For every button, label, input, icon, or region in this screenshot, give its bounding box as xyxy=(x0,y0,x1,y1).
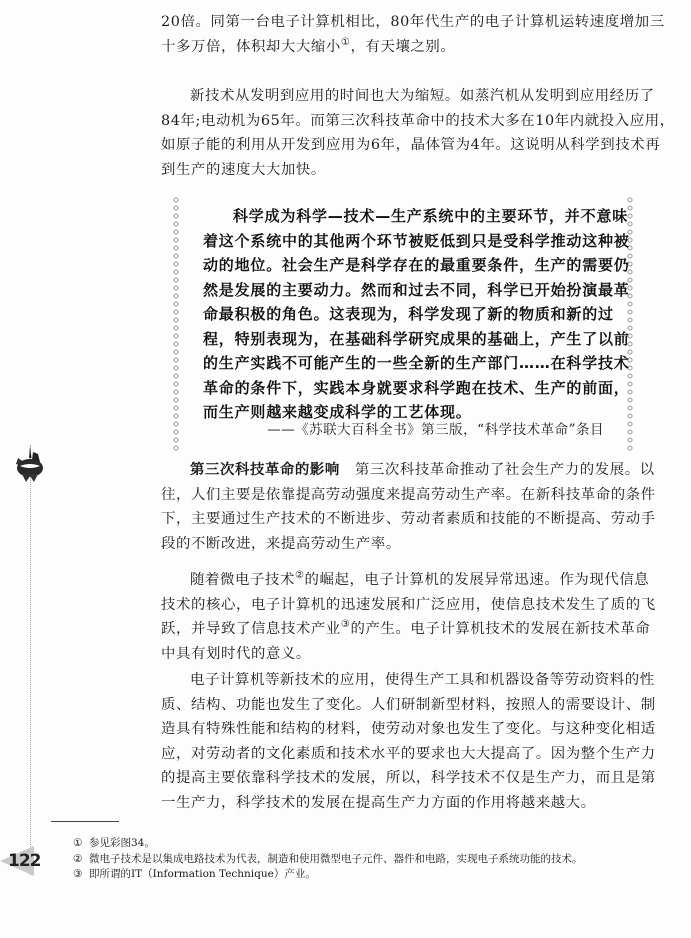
chapter-ornament-icon xyxy=(12,444,48,488)
text-line: 随着微电子技术②的崛起，电子计算机的发展异常迅速。作为现代信息 xyxy=(161,568,645,593)
text-line: 的提高主要依靠科学技术的发展，所以，科学技术不仅是生产力，而且是第 xyxy=(161,766,645,791)
quote-line: 然是发展的主要动力。然而和过去不同，科学已开始扮演最革 xyxy=(203,278,603,303)
text-line: 一生产力，科学技术的发展在提高生产力方面的作用将越来越大。 xyxy=(161,791,645,816)
text-line: 20倍。同第一台电子计算机相比，80年代生产的电子计算机运转速度增加三 xyxy=(161,10,645,35)
text-line: 如原子能的利用从开发到应用为6年，晶体管为4年。这说明从科学到技术再 xyxy=(161,133,645,158)
text-line: 下，主要通过生产技术的不断进步、劳动者素质和技能的不断提高、劳动手 xyxy=(161,507,645,532)
text-line: 应，对劳动者的文化素质和技术水平的要求也大大提高了。因为整个生产力 xyxy=(161,742,645,767)
footnote-ref-2[interactable]: ② xyxy=(295,570,305,581)
text-line: 电子计算机等新技术的应用，使得生产工具和机器设备等劳动资料的性 xyxy=(161,668,645,693)
text-line: 84年;电动机为65年。而第三次科技革命中的技术大多在10年内就投入应用， xyxy=(161,109,645,134)
section-impact: 第三次科技革命的影响 第三次科技革命推动了社会生产力的发展。以 往，人们主要是依… xyxy=(161,458,645,556)
page-number: 122 xyxy=(8,851,41,871)
footnote-2: ②微电子技术是以集成电路技术为代表，制造和使用微型电子元件、器件和电路，实现电子… xyxy=(73,852,583,868)
margin-dotted-line xyxy=(30,445,31,875)
paragraph-5: 电子计算机等新技术的应用，使得生产工具和机器设备等劳动资料的性 质、结构、功能也… xyxy=(161,668,645,815)
footnotes: ①参见彩图34。 ②微电子技术是以集成电路技术为代表，制造和使用微型电子元件、器… xyxy=(73,836,583,883)
quote-source: ——《苏联大百科全书》第三版，“科学技术革命”条目 xyxy=(267,418,604,438)
paragraph-2: 新技术从发明到应用的时间也大为缩短。如蒸汽机从发明到应用经历了 84年;电动机为… xyxy=(161,84,645,182)
quote-line: 科学成为科学—技术—生产系统中的主要环节，并不意味 xyxy=(203,204,603,229)
text-line: 技术的核心，电子计算机的迅速发展和广泛应用，使信息技术发生了质的飞 xyxy=(161,593,645,618)
quote-line: 命最积极的角色。这表现为，科学发现了新的物质和新的过 xyxy=(203,302,603,327)
section-heading: 第三次科技革命的影响 xyxy=(190,462,340,478)
text-line: 第三次科技革命的影响 第三次科技革命推动了社会生产力的发展。以 xyxy=(161,458,645,483)
text-line: 造具有特殊性能和结构的材料，使劳动对象也发生了变化。与这种变化相适 xyxy=(161,717,645,742)
text-line: 段的不断改进，来提高劳动生产率。 xyxy=(161,532,645,557)
quote-line: 着这个系统中的其他两个环节被贬低到只是受科学推动这种被 xyxy=(203,229,603,254)
text-line: 到生产的速度大大加快。 xyxy=(161,158,645,183)
footnote-1: ①参见彩图34。 xyxy=(73,836,583,852)
footnote-divider xyxy=(51,821,119,822)
textbook-page: 20倍。同第一台电子计算机相比，80年代生产的电子计算机运转速度增加三 十多万倍… xyxy=(0,0,691,938)
text-line: 新技术从发明到应用的时间也大为缩短。如蒸汽机从发明到应用经历了 xyxy=(161,84,645,109)
paragraph-1: 20倍。同第一台电子计算机相比，80年代生产的电子计算机运转速度增加三 十多万倍… xyxy=(161,10,645,59)
text-line: 十多万倍，体积却大大缩小①，有天壤之别。 xyxy=(161,35,645,60)
quote-text: 科学成为科学—技术—生产系统中的主要环节，并不意味 着这个系统中的其他两个环节被… xyxy=(203,204,603,425)
quote-line: 动的地位。社会生产是科学存在的最重要条件，生产的需要仍 xyxy=(203,253,603,278)
quote-line: 的生产实践不可能产生的一些全新的生产部门……在科学技术 xyxy=(203,351,603,376)
text-line: 往，人们主要是依靠提高劳动强度来提高劳动生产率。在新科技革命的条件 xyxy=(161,483,645,508)
text-line: 质、结构、功能也发生了变化。人们研制新型材料，按照人的需要设计、制 xyxy=(161,693,645,718)
text-line: 跃，并导致了信息技术产业③的产生。电子计算机技术的发展在新技术革命 xyxy=(161,617,645,642)
footnote-3: ③即所谓的IT（Information Technique）产业。 xyxy=(73,867,583,883)
text-line: 中具有划时代的意义。 xyxy=(161,642,645,667)
quote-line: 程，特别表现为，在基础科学研究成果的基础上，产生了以前 xyxy=(203,327,603,352)
quote-line: 革命的条件下，实践本身就要求科学跑在技术、生产的前面， xyxy=(203,376,603,401)
quote-box: 科学成为科学—技术—生产系统中的主要环节，并不意味 着这个系统中的其他两个环节被… xyxy=(172,196,634,452)
decorative-border-left xyxy=(172,196,180,452)
paragraph-4: 随着微电子技术②的崛起，电子计算机的发展异常迅速。作为现代信息 技术的核心，电子… xyxy=(161,568,645,666)
